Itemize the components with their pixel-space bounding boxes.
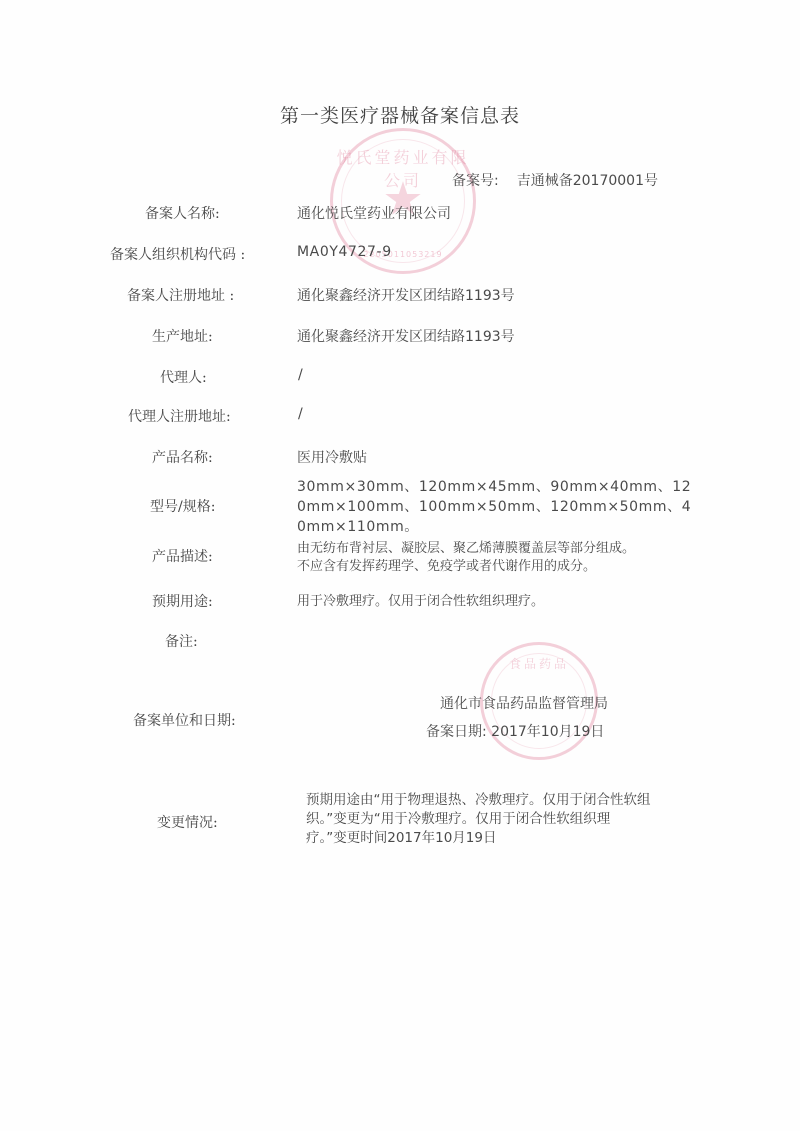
- product-name-label: 产品名称:: [152, 447, 213, 467]
- agent-address-value: /: [298, 406, 303, 422]
- filing-unit-label: 备案单位和日期:: [133, 710, 236, 730]
- intended-use-value: 用于冷敷理疗。仅用于闭合性软组织理疗。: [297, 590, 544, 609]
- intended-use-label: 预期用途:: [152, 591, 213, 611]
- applicant-name-label: 备案人名称:: [145, 203, 220, 223]
- model-spec-line-1: 30mm×30mm、120mm×45mm、90mm×40mm、12: [297, 476, 691, 496]
- change-line-3: 疗。”变更时间2017年10月19日: [306, 826, 496, 846]
- change-line-2: 织。”变更为“用于冷敷理疗。仅用于闭合性软组织理: [306, 807, 610, 827]
- product-description-line-2: 不应含有发挥药理学、免疫学或者代谢作用的成分。: [297, 555, 596, 574]
- document-title: 第一类医疗器械备案信息表: [0, 101, 800, 128]
- product-name-value: 医用冷敷贴: [297, 447, 367, 467]
- registered-address-label: 备案人注册地址 :: [127, 285, 234, 305]
- filing-number: 备案号:吉通械备20170001号: [452, 170, 658, 190]
- registered-address-value: 通化聚鑫经济开发区团结路1193号: [297, 285, 515, 305]
- product-description-label: 产品描述:: [152, 546, 213, 566]
- agent-value: /: [298, 367, 303, 383]
- production-address-value: 通化聚鑫经济开发区团结路1193号: [297, 326, 515, 346]
- model-spec-line-2: 0mm×100mm、100mm×50mm、120mm×50mm、4: [297, 496, 691, 516]
- applicant-name-value: 通化悦氏堂药业有限公司: [297, 203, 451, 223]
- model-spec-label: 型号/规格:: [150, 496, 215, 516]
- org-code-value: MA0Y4727-9: [297, 244, 392, 260]
- model-spec-line-3: 0mm×110mm。: [297, 516, 419, 536]
- product-description-line-1: 由无纺布背衬层、凝胶层、聚乙烯薄膜覆盖层等部分组成。: [297, 537, 635, 556]
- change-line-1: 预期用途由“用于物理退热、冷敷理疗。仅用于闭合性软组: [306, 788, 651, 808]
- filing-number-label: 备案号:: [452, 173, 499, 189]
- remarks-label: 备注:: [165, 631, 198, 651]
- change-label: 变更情况:: [157, 812, 218, 832]
- document-page: 悦氏堂药业有限公司 ★ 2205011053219 食品药品 第一类医疗器械备案…: [0, 0, 800, 1131]
- org-code-label: 备案人组织机构代码 :: [110, 244, 245, 264]
- agent-label: 代理人:: [160, 367, 207, 387]
- agent-address-label: 代理人注册地址:: [128, 406, 231, 426]
- production-address-label: 生产地址:: [152, 326, 213, 346]
- filing-authority: 通化市食品药品监督管理局: [440, 693, 608, 713]
- filing-date: 备案日期: 2017年10月19日: [426, 721, 604, 741]
- authority-seal-ring-text: 食品药品: [483, 655, 595, 672]
- filing-number-value: 吉通械备20170001号: [517, 173, 658, 189]
